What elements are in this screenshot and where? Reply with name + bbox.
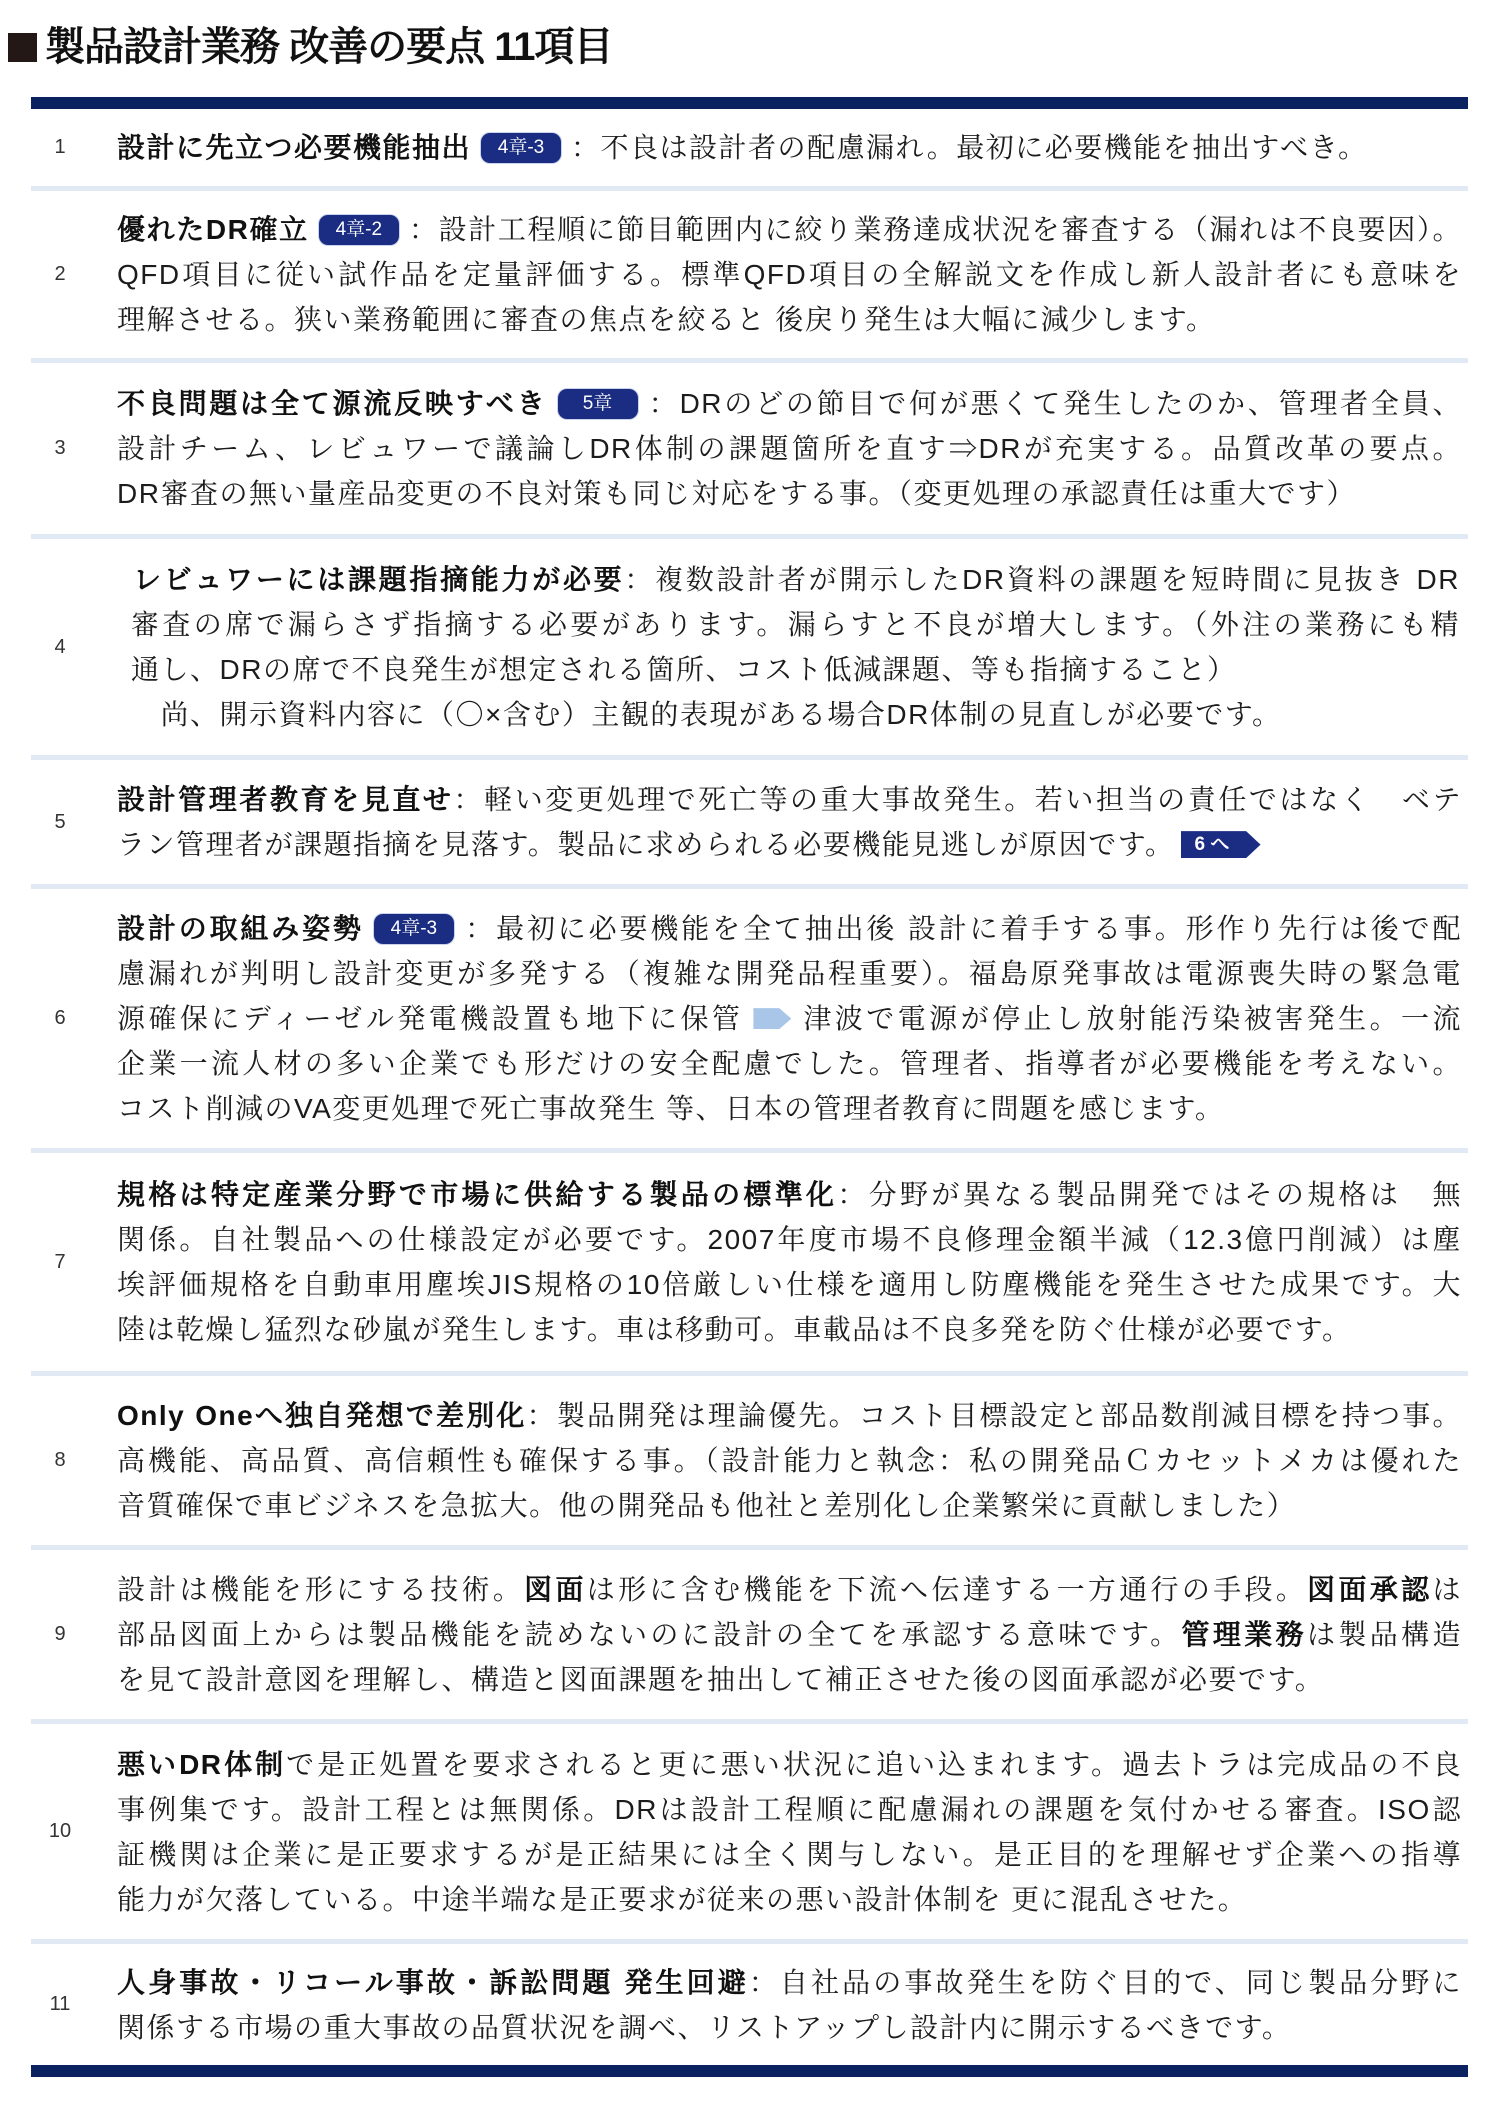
item-heading: レビュワーには課題指摘能力が必要: [133, 564, 624, 595]
item-line: 陸は乾燥し猛烈な砂嵐が発生します。車は移動可。車載品は不良多発を防ぐ仕様が必要で…: [117, 1307, 1462, 1352]
item-line: 不良問題は全て源流反映すべき5章：DRのどの節目で何が悪くて発生したのか、管理者…: [117, 381, 1462, 426]
item-line: 人身事故・リコール事故・訴訟問題 発生回避：自社品の事故発生を防ぐ目的で、同じ製…: [117, 1960, 1462, 2005]
chapter-badge[interactable]: 4章-3: [374, 914, 454, 944]
item-number: 4: [31, 636, 89, 659]
item-number: 1: [31, 136, 89, 159]
item-text: 設計は機能を形にする技術。: [117, 1574, 524, 1605]
item-text: 関係。自社製品への仕様設定が必要です。2007年度市場不良修理金額半減（12.3…: [117, 1224, 1462, 1255]
item-line: 源確保にディーゼル発電機設置も地下に保管津波で電源が停止し放射能汚染被害発生。一…: [117, 996, 1462, 1041]
item-content: Only Oneへ独自発想で差別化：製品開発は理論優先。コスト目標設定と部品数削…: [117, 1393, 1462, 1528]
item-line: レビュワーには課題指摘能力が必要：複数設計者が開示したDR資料の課題を短時間に見…: [131, 557, 1460, 602]
improvement-points-table: 1 設計に先立つ必要機能抽出4章-3：不良は設計者の配慮漏れ。最初に必要機能を抽…: [31, 97, 1468, 2077]
item-content: 不良問題は全て源流反映すべき5章：DRのどの節目で何が悪くて発生したのか、管理者…: [117, 381, 1462, 516]
item-text: ：最初に必要機能を全て抽出後 設計に着手する事。形作り先行は後で配: [464, 913, 1462, 944]
item-row-4: 4 レビュワーには課題指摘能力が必要：複数設計者が開示したDR資料の課題を短時間…: [31, 539, 1468, 755]
item-content: 優れたDR確立4章-2：設計工程順に節目範囲内に絞り業務達成状況を審査する（漏れ…: [117, 207, 1462, 342]
item-text: ：分野が異なる製品開発ではその規格は 無: [837, 1179, 1462, 1210]
item-text: ラン管理者が課題指摘を見落す。製品に求められる必要機能見逃しが原因です。: [117, 829, 1175, 860]
item-line: QFD項目に従い試作品を定量評価する。標準QFD項目の全解説文を作成し新人設計者…: [117, 252, 1462, 297]
item-content: 規格は特定産業分野で市場に供給する製品の標準化：分野が異なる製品開発ではその規格…: [117, 1172, 1462, 1352]
item-text: ：不良は設計者の配慮漏れ。最初に必要機能を抽出すべき。: [571, 132, 1368, 163]
item-text: 設計チーム、レビュワーで議論しDR体制の課題箇所を直す⇒DRが充実する。品質改革…: [117, 433, 1462, 464]
item-text: を見て設計意図を理解し、構造と図面課題を抽出して補正させた後の図面承認が必要です…: [117, 1664, 1324, 1695]
item-content: 人身事故・リコール事故・訴訟問題 発生回避：自社品の事故発生を防ぐ目的で、同じ製…: [117, 1960, 1462, 2050]
item-text: 慮漏れが判明し設計変更が多発する（複雑な開発品程重要）。福島原発事故は電源喪失時…: [117, 958, 1462, 989]
item-text: 高機能、高品質、高信頼性も確保する事。（設計能力と執念：私の開発品Ｃカセットメカ…: [117, 1445, 1462, 1476]
item-row-8: 8 Only Oneへ独自発想で差別化：製品開発は理論優先。コスト目標設定と部品…: [31, 1376, 1468, 1545]
item-line: 能力が欠落している。中途半端な是正要求が従来の悪い設計体制を 更に混乱させた。: [117, 1877, 1462, 1922]
item-text: ：自社品の事故発生を防ぐ目的で、同じ製品分野に: [749, 1967, 1462, 1998]
item-number: 8: [31, 1449, 89, 1472]
item-text: 津波で電源が停止し放射能汚染被害発生。一流: [801, 1003, 1462, 1034]
item-text: 通し、DRの席で不良発生が想定される箇所、コスト低減課題、等も指摘すること）: [131, 654, 1236, 685]
item-line: 設計管理者教育を見直せ：軽い変更処理で死亡等の重大事故発生。若い担当の責任ではな…: [117, 777, 1462, 822]
item-number: 5: [31, 811, 89, 834]
item-text: 能力が欠落している。中途半端な是正要求が従来の悪い設計体制を 更に混乱させた。: [117, 1884, 1247, 1915]
item-line: 通し、DRの席で不良発生が想定される箇所、コスト低減課題、等も指摘すること）: [131, 647, 1460, 692]
item-number: 9: [31, 1623, 89, 1646]
page-title: 製品設計業務 改善の要点 11項目: [8, 24, 613, 70]
item-row-9: 9 設計は機能を形にする技術。図面は形に含む機能を下流へ伝達する一方通行の手段。…: [31, 1550, 1468, 1719]
item-text: 審査の席で漏らさず指摘する必要があります。漏らすと不良が増大します。（外注の業務…: [131, 609, 1460, 640]
right-arrow-icon: [753, 1008, 791, 1029]
item-content: 設計は機能を形にする技術。図面は形に含む機能を下流へ伝達する一方通行の手段。図面…: [117, 1567, 1462, 1702]
item-number: 6: [31, 1007, 89, 1030]
item-line: 設計は機能を形にする技術。図面は形に含む機能を下流へ伝達する一方通行の手段。図面…: [117, 1567, 1462, 1612]
item-text: は: [1432, 1574, 1462, 1605]
item-text: 理解させる。狭い業務範囲に審査の焦点を絞ると 後戻り発生は大幅に減少します。: [117, 304, 1216, 335]
item-text: ：製品開発は理論優先。コスト目標設定と部品数削減目標を持つ事。: [527, 1400, 1462, 1431]
item-line: ラン管理者が課題指摘を見落す。製品に求められる必要機能見逃しが原因です。6 へ: [117, 822, 1462, 867]
page-title-text: 製品設計業務 改善の要点 11項目: [45, 24, 613, 70]
item-text: ：複数設計者が開示したDR資料の課題を短時間に見抜き DR: [624, 564, 1460, 595]
item-line: 高機能、高品質、高信頼性も確保する事。（設計能力と執念：私の開発品Ｃカセットメカ…: [117, 1438, 1462, 1483]
item-line: コスト削減のVA変更処理で死亡事故発生 等、日本の管理者教育に問題を感じます。: [117, 1086, 1462, 1131]
item-line: 慮漏れが判明し設計変更が多発する（複雑な開発品程重要）。福島原発事故は電源喪失時…: [117, 951, 1462, 996]
item-line: 優れたDR確立4章-2：設計工程順に節目範囲内に絞り業務達成状況を審査する（漏れ…: [117, 207, 1462, 252]
item-number: 3: [31, 437, 89, 460]
square-bullet-icon: [8, 33, 37, 62]
item-text: ：軽い変更処理で死亡等の重大事故発生。若い担当の責任ではなく ベテ: [454, 784, 1462, 815]
item-line: 審査の席で漏らさず指摘する必要があります。漏らすと不良が増大します。（外注の業務…: [131, 602, 1460, 647]
item-number: 7: [31, 1251, 89, 1274]
item-text: 源確保にディーゼル発電機設置も地下に保管: [117, 1003, 743, 1034]
item-text: 尚、開示資料内容に（〇×含む）主観的表現がある場合DR体制の見直しが必要です。: [131, 699, 1282, 730]
item-emphasis: 図面: [524, 1574, 587, 1605]
item-row-3: 3 不良問題は全て源流反映すべき5章：DRのどの節目で何が悪くて発生したのか、管…: [31, 363, 1468, 534]
item-heading: 規格は特定産業分野で市場に供給する製品の標準化: [117, 1179, 837, 1210]
item-row-5: 5 設計管理者教育を見直せ：軽い変更処理で死亡等の重大事故発生。若い担当の責任で…: [31, 760, 1468, 884]
item-row-10: 10 悪いDR体制で是正処置を要求されると更に悪い状況に追い込まれます。過去トラ…: [31, 1724, 1468, 1939]
item-line: 尚、開示資料内容に（〇×含む）主観的表現がある場合DR体制の見直しが必要です。: [131, 692, 1460, 737]
item-text: 事例集です。設計工程とは無関係。DRは設計工程順に配慮漏れの課題を気付かせる審査…: [117, 1794, 1462, 1825]
chapter-badge[interactable]: 4章-3: [481, 133, 561, 163]
item-line: 埃評価規格を自動車用塵埃JIS規格の10倍厳しい仕様を適用し防塵機能を発生させた…: [117, 1262, 1462, 1307]
item-line: 音質確保で車ビジネスを急拡大。他の開発品も他社と差別化し企業繁栄に貢献しました）: [117, 1483, 1462, 1528]
item-line: 関係。自社製品への仕様設定が必要です。2007年度市場不良修理金額半減（12.3…: [117, 1217, 1462, 1262]
item-text: 陸は乾燥し猛烈な砂嵐が発生します。車は移動可。車載品は不良多発を防ぐ仕様が必要で…: [117, 1314, 1352, 1345]
item-line: 関係する市場の重大事故の品質状況を調べ、リストアップし設計内に開示するべきです。: [117, 2005, 1462, 2050]
item-content: 設計管理者教育を見直せ：軽い変更処理で死亡等の重大事故発生。若い担当の責任ではな…: [117, 777, 1462, 867]
item-heading: 設計管理者教育を見直せ: [117, 784, 454, 815]
item-heading: 設計の取組み姿勢: [117, 913, 364, 944]
item-line: 設計チーム、レビュワーで議論しDR体制の課題箇所を直す⇒DRが充実する。品質改革…: [117, 426, 1462, 471]
item-line: 悪いDR体制で是正処置を要求されると更に悪い状況に追い込まれます。過去トラは完成…: [117, 1742, 1462, 1787]
item-text: ：DRのどの節目で何が悪くて発生したのか、管理者全員、: [648, 388, 1462, 419]
item-row-7: 7 規格は特定産業分野で市場に供給する製品の標準化：分野が異なる製品開発ではその…: [31, 1153, 1468, 1371]
item-heading: 優れたDR確立: [117, 214, 309, 245]
item-row-6: 6 設計の取組み姿勢4章-3：最初に必要機能を全て抽出後 設計に着手する事。形作…: [31, 889, 1468, 1148]
item-line: Only Oneへ独自発想で差別化：製品開発は理論優先。コスト目標設定と部品数削…: [117, 1393, 1462, 1438]
item-line: 設計の取組み姿勢4章-3：最初に必要機能を全て抽出後 設計に着手する事。形作り先…: [117, 906, 1462, 951]
item-text: は形に含む機能を下流へ伝達する一方通行の手段。: [587, 1574, 1307, 1605]
chapter-badge[interactable]: 4章-2: [319, 215, 399, 245]
item-emphasis: 管理業務: [1181, 1619, 1307, 1650]
item-text: 音質確保で車ビジネスを急拡大。他の開発品も他社と差別化し企業繁栄に貢献しました）: [117, 1490, 1296, 1521]
item-line: DR審査の無い量産品変更の不良対策も同じ対応をする事。（変更処理の承認責任は重大…: [117, 471, 1462, 516]
go-to-item-6-link[interactable]: 6 へ: [1181, 831, 1261, 858]
item-number: 11: [31, 1993, 89, 2016]
item-line: 証機関は企業に是正要求するが是正結果には全く関与しない。是正目的を理解せず企業へ…: [117, 1832, 1462, 1877]
item-line: 設計に先立つ必要機能抽出4章-3：不良は設計者の配慮漏れ。最初に必要機能を抽出す…: [117, 125, 1462, 170]
item-heading: 不良問題は全て源流反映すべき: [117, 388, 548, 419]
item-row-1: 1 設計に先立つ必要機能抽出4章-3：不良は設計者の配慮漏れ。最初に必要機能を抽…: [31, 109, 1468, 186]
item-line: を見て設計意図を理解し、構造と図面課題を抽出して補正させた後の図面承認が必要です…: [117, 1657, 1462, 1702]
item-text: 関係する市場の重大事故の品質状況を調べ、リストアップし設計内に開示するべきです。: [117, 2012, 1291, 2043]
item-heading: 設計に先立つ必要機能抽出: [117, 132, 471, 163]
item-number: 10: [31, 1820, 89, 1843]
item-line: 企業一流人材の多い企業でも形だけの安全配慮でした。管理者、指導者が必要機能を考え…: [117, 1041, 1462, 1086]
item-text: 企業一流人材の多い企業でも形だけの安全配慮でした。管理者、指導者が必要機能を考え…: [117, 1048, 1462, 1079]
table-top-bar: [31, 97, 1468, 109]
item-row-2: 2 優れたDR確立4章-2：設計工程順に節目範囲内に絞り業務達成状況を審査する（…: [31, 191, 1468, 358]
item-text: ：設計工程順に節目範囲内に絞り業務達成状況を審査する（漏れは不良要因）。: [409, 214, 1462, 245]
item-line: 部品図面上からは製品機能を読めないのに設計の全てを承認する意味です。管理業務は製…: [117, 1612, 1462, 1657]
item-content: 設計の取組み姿勢4章-3：最初に必要機能を全て抽出後 設計に着手する事。形作り先…: [117, 906, 1462, 1131]
item-content: 設計に先立つ必要機能抽出4章-3：不良は設計者の配慮漏れ。最初に必要機能を抽出す…: [117, 125, 1462, 170]
item-heading: Only Oneへ独自発想で差別化: [117, 1400, 527, 1431]
item-number: 2: [31, 263, 89, 286]
item-line: 理解させる。狭い業務範囲に審査の焦点を絞ると 後戻り発生は大幅に減少します。: [117, 297, 1462, 342]
item-line: 事例集です。設計工程とは無関係。DRは設計工程順に配慮漏れの課題を気付かせる審査…: [117, 1787, 1462, 1832]
item-content: 悪いDR体制で是正処置を要求されると更に悪い状況に追い込まれます。過去トラは完成…: [117, 1742, 1462, 1922]
item-text: QFD項目に従い試作品を定量評価する。標準QFD項目の全解説文を作成し新人設計者…: [117, 259, 1462, 290]
item-emphasis: 図面承認: [1307, 1574, 1432, 1605]
item-text: で是正処置を要求されると更に悪い状況に追い込まれます。過去トラは完成品の不良: [286, 1749, 1462, 1780]
item-text: 部品図面上からは製品機能を読めないのに設計の全てを承認する意味です。: [117, 1619, 1181, 1650]
item-text: 埃評価規格を自動車用塵埃JIS規格の10倍厳しい仕様を適用し防塵機能を発生させた…: [117, 1269, 1462, 1300]
item-text: 証機関は企業に是正要求するが是正結果には全く関与しない。是正目的を理解せず企業へ…: [117, 1839, 1462, 1870]
item-content: レビュワーには課題指摘能力が必要：複数設計者が開示したDR資料の課題を短時間に見…: [131, 557, 1460, 737]
item-line: 規格は特定産業分野で市場に供給する製品の標準化：分野が異なる製品開発ではその規格…: [117, 1172, 1462, 1217]
item-heading: 悪いDR体制: [117, 1749, 286, 1780]
item-row-11: 11 人身事故・リコール事故・訴訟問題 発生回避：自社品の事故発生を防ぐ目的で、…: [31, 1944, 1468, 2065]
item-text: DR審査の無い量産品変更の不良対策も同じ対応をする事。（変更処理の承認責任は重大…: [117, 478, 1356, 509]
item-text: コスト削減のVA変更処理で死亡事故発生 等、日本の管理者教育に問題を感じます。: [117, 1093, 1224, 1124]
table-bottom-bar: [31, 2065, 1468, 2077]
chapter-badge[interactable]: 5章: [558, 389, 638, 419]
item-text: は製品構造: [1307, 1619, 1462, 1650]
item-heading: 人身事故・リコール事故・訴訟問題 発生回避: [117, 1967, 749, 1998]
